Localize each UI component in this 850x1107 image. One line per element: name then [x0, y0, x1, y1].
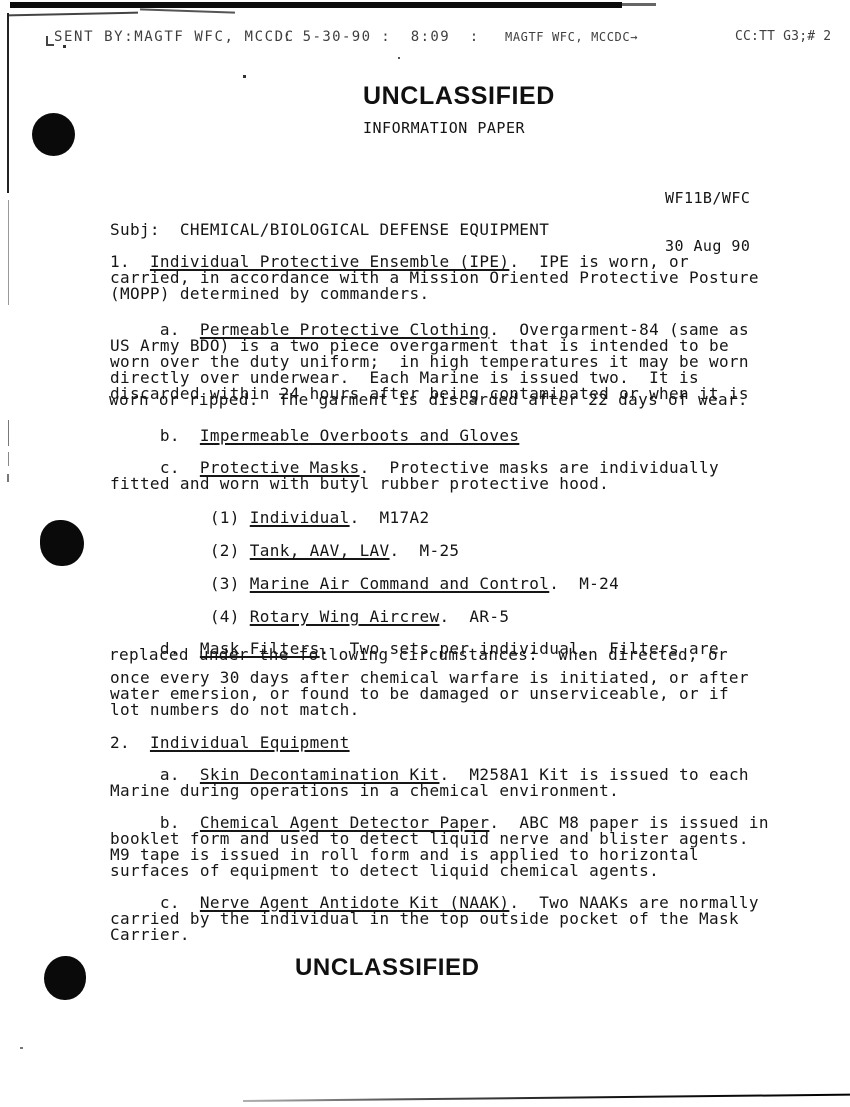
paragraph-s1: 1. Individual Protective Ensemble (IPE).… [110, 254, 759, 302]
scan-artifact-speck [398, 57, 400, 59]
scan-artifact-left-edge-line [8, 200, 9, 305]
fax-destination: MAGTF WFC, MCCDC→ [505, 30, 638, 44]
hole-punch-dot-1 [32, 113, 75, 156]
paragraph-i3: (3) Marine Air Command and Control. M-24 [110, 576, 619, 592]
fax-header: SENT BY:MAGTF WFC, MCCDC : 5-30-90 : 8:0… [0, 29, 850, 49]
fax-sent-by: SENT BY:MAGTF WFC, MCCDC [54, 29, 295, 45]
scan-artifact-bottom-line [243, 1094, 850, 1102]
classification-banner-bottom: UNCLASSIFIED [295, 954, 480, 982]
fax-transmission-info: CC:TT G3;# 2 [735, 29, 831, 44]
paragraph-s2a: a. Skin Decontamination Kit. M258A1 Kit … [110, 767, 749, 799]
paragraph-s1b: b. Impermeable Overboots and Gloves [110, 428, 519, 444]
paragraph-s2: 2. Individual Equipment [110, 735, 350, 751]
paragraph-s2c: c. Nerve Agent Antidote Kit (NAAK). Two … [110, 895, 759, 943]
hole-punch-dot-3 [44, 956, 86, 1000]
office-symbol: WF11B/WFC [665, 190, 750, 206]
paragraph-s1d: once every 30 days after chemical warfar… [110, 670, 749, 718]
scan-artifact-top-bar-tail [622, 3, 656, 6]
scan-artifact-speck [20, 1047, 23, 1049]
paragraph-i2: (2) Tank, AAV, LAV. M-25 [110, 543, 459, 559]
fax-datetime: : 5-30-90 : 8:09 : [283, 29, 480, 45]
scan-artifact-left-edge-dash [7, 474, 9, 482]
scan-artifact-top-bar [10, 2, 622, 8]
scan-artifact-left-edge-dash [8, 452, 9, 466]
classification-banner-top: UNCLASSIFIED [363, 82, 555, 111]
scan-artifact-left-edge-dash [8, 420, 9, 446]
scan-artifact-speck [243, 75, 246, 78]
paragraph-subj: Subj: CHEMICAL/BIOLOGICAL DEFENSE EQUIPM… [110, 222, 549, 238]
scanned-page: SENT BY:MAGTF WFC, MCCDC : 5-30-90 : 8:0… [0, 0, 850, 1107]
paragraph-i4: (4) Rotary Wing Aircrew. AR-5 [110, 609, 509, 625]
document-type-title: INFORMATION PAPER [363, 119, 525, 137]
paragraph-s1a: a. Permeable Protective Clothing. Overga… [110, 322, 749, 402]
paragraph-i1: (1) Individual. M17A2 [110, 510, 429, 526]
paragraph-s2b: b. Chemical Agent Detector Paper. ABC M8… [110, 815, 769, 879]
paragraph-s1c: c. Protective Masks. Protective masks ar… [110, 460, 719, 492]
scan-artifact-squiggle [8, 12, 138, 17]
hole-punch-dot-2 [40, 520, 84, 566]
scan-artifact-squiggle [140, 8, 235, 13]
